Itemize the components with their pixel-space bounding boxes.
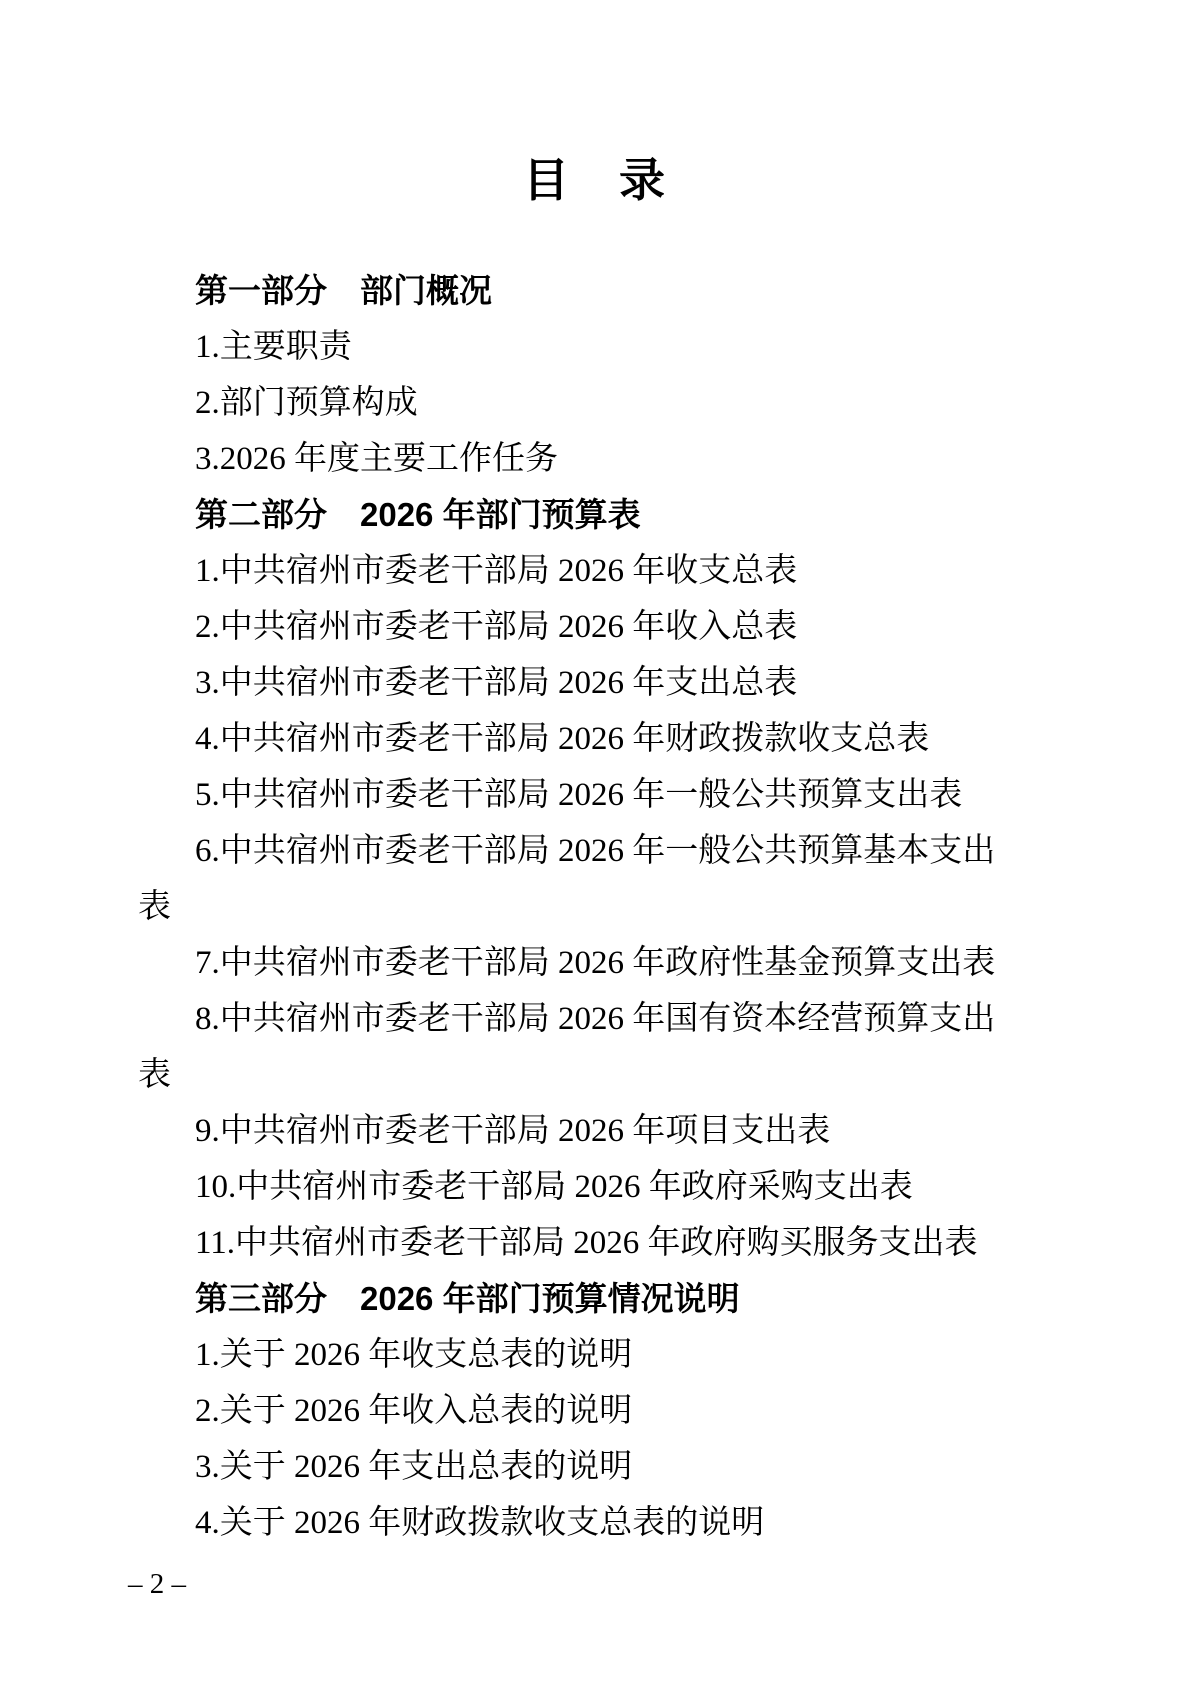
toc-item: 2.中共宿州市委老干部局 2026 年收入总表 [138, 599, 1054, 655]
page-number: – 2 – [128, 1568, 186, 1601]
toc-item: 3.中共宿州市委老干部局 2026 年支出总表 [138, 655, 1054, 711]
document-page: 目 录 第一部分 部门概况 1.主要职责 2.部门预算构成 3.2026 年度主… [0, 0, 1190, 1683]
toc-section-heading-part2: 第二部分 2026 年部门预算表 [138, 487, 1054, 543]
toc-item-continuation: 表 [138, 879, 1054, 935]
toc-section-heading-part1: 第一部分 部门概况 [138, 263, 1054, 319]
toc-item: 4.中共宿州市委老干部局 2026 年财政拨款收支总表 [138, 711, 1054, 767]
table-of-contents: 第一部分 部门概况 1.主要职责 2.部门预算构成 3.2026 年度主要工作任… [138, 263, 1054, 1551]
toc-item: 9.中共宿州市委老干部局 2026 年项目支出表 [138, 1103, 1054, 1159]
toc-item: 1.主要职责 [138, 319, 1054, 375]
toc-item: 6.中共宿州市委老干部局 2026 年一般公共预算基本支出 [138, 823, 1054, 879]
toc-item: 4.关于 2026 年财政拨款收支总表的说明 [138, 1495, 1054, 1551]
toc-item: 10.中共宿州市委老干部局 2026 年政府采购支出表 [138, 1159, 1054, 1215]
toc-item: 7.中共宿州市委老干部局 2026 年政府性基金预算支出表 [138, 935, 1054, 991]
toc-item: 1.关于 2026 年收支总表的说明 [138, 1327, 1054, 1383]
toc-item: 1.中共宿州市委老干部局 2026 年收支总表 [138, 543, 1054, 599]
toc-item-continuation: 表 [138, 1047, 1054, 1103]
toc-item: 5.中共宿州市委老干部局 2026 年一般公共预算支出表 [138, 767, 1054, 823]
toc-item: 2.关于 2026 年收入总表的说明 [138, 1383, 1054, 1439]
toc-section-heading-part3: 第三部分 2026 年部门预算情况说明 [138, 1271, 1054, 1327]
page-title: 目 录 [0, 144, 1190, 210]
toc-item: 3.关于 2026 年支出总表的说明 [138, 1439, 1054, 1495]
toc-item: 3.2026 年度主要工作任务 [138, 431, 1054, 487]
toc-item: 2.部门预算构成 [138, 375, 1054, 431]
toc-item: 8.中共宿州市委老干部局 2026 年国有资本经营预算支出 [138, 991, 1054, 1047]
toc-item: 11.中共宿州市委老干部局 2026 年政府购买服务支出表 [138, 1215, 1054, 1271]
